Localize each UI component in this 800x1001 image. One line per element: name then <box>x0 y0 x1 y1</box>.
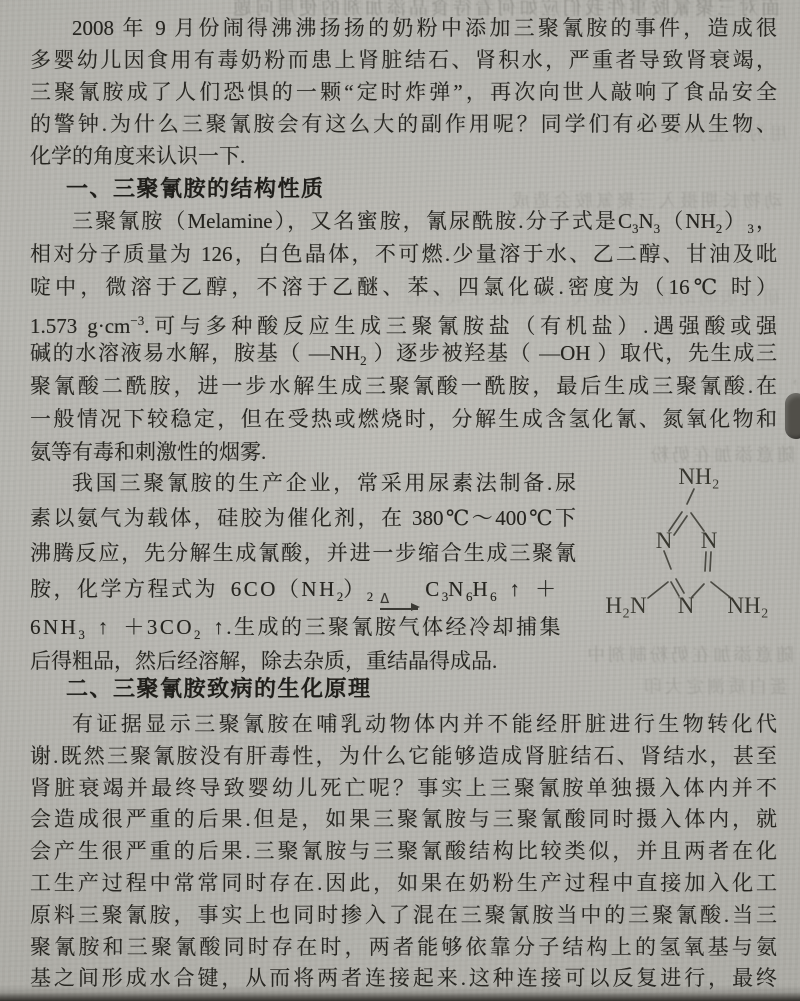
scanner-edge-artifact <box>785 393 800 439</box>
paragraph-structure-properties: 三聚氰胺（Melamine），又名蜜胺，氰尿酰胺.分子式是C3N3（NH2）3，… <box>30 205 777 469</box>
text-line: 沸腾反应，先分解生成氰酸，并进一步缩合生成三聚氰 <box>30 536 576 571</box>
text-line: 一般情况下较稳定，但在受热或燃烧时，分解生成含氢化氰、氮氧化物和 <box>30 403 777 436</box>
ring-nitrogen-right: N <box>701 528 718 553</box>
text-line: 三聚氰胺（Melamine），又名蜜胺，氰尿酰胺.分子式是C3N3（NH2）3， <box>30 205 777 238</box>
text-line: 聚氰酸二酰胺，进一步水解生成三聚氰酸一酰胺，最后生成三聚氰酸.在 <box>30 370 777 403</box>
amine-label-top: NH₂ <box>678 464 719 489</box>
text-line: 谢.既然三聚氰胺没有肝毒性，为什么它能够造成肾脏结石、肾结水，甚至 <box>30 741 777 773</box>
page-bottom-shadow <box>0 985 800 1001</box>
amine-label-right: NH₂ <box>727 593 768 618</box>
text-line: 碱的水溶液易水解，胺基（ —NH2 ）逐步被羟基（ —OH ）取代，先生成三 <box>30 337 777 370</box>
text-line: 会造成很严重的后果.但是，如果三聚氰胺与三聚氰酸同时摄入体内，就 <box>30 804 777 836</box>
text-line: 啶中，微溶于乙醇，不溶于乙醚、苯、四氯化碳.密度为（16℃ 时） <box>30 271 777 304</box>
ring-nitrogen-left: N <box>656 528 673 553</box>
amine-label-left: H₂N <box>605 593 647 618</box>
scanned-textbook-page: 面对三聚氰胺事件我们应如何看待食品添加剂的使用问题用为者把回收动物长期摄入三聚氰… <box>0 0 800 1001</box>
paragraph-pathology: 有证据显示三聚氰胺在哺乳动物体内并不能经肝脏进行生物转化代谢.既然三聚氰胺没有肝… <box>30 709 777 995</box>
text-line: 相对分子质量为 126，白色晶体，不可燃.少量溶于水、乙二醇、甘油及吡 <box>30 238 777 271</box>
text-line: 的警钟.为什么三聚氰胺会有这么大的副作用呢？同学们有必要从生物、 <box>30 108 777 140</box>
text-line: 三聚氰胺成了人们恐惧的一颗“定时炸弹”，再次向世人敲响了食品安全 <box>30 76 777 108</box>
text-line: 肾脏衰竭并最终导致婴幼儿死亡呢？事实上三聚氰胺单独摄入体内并不 <box>30 773 777 805</box>
text-line: 有证据显示三聚氰胺在哺乳动物体内并不能经肝脏进行生物转化代 <box>30 709 777 741</box>
text-line: 素以氨气为载体，硅胶为催化剂，在 380℃～400℃下 <box>30 501 576 536</box>
reaction-arrow-delta: Δ <box>380 594 418 610</box>
text-line: 会产生很严重的后果.三聚氰胺与三聚氰酸结构比较类似，并且两者在化 <box>30 836 777 868</box>
text-line: 多婴幼儿因食用有毒奶粉而患上肾脏结石、肾积水，严重者导致肾衰竭， <box>30 44 777 76</box>
text-line: 1.573 g·cm−3.可与多种酸反应生成三聚氰胺盐（有机盐）.遇强酸或强 <box>30 304 777 337</box>
melamine-structure-diagram: NH₂ N N N H₂N NH₂ <box>596 452 796 632</box>
ring-nitrogen-bottom: N <box>678 593 695 618</box>
text-line: 原料三聚氰胺，事实上也同时掺入了混在三聚氰胺当中的三聚氰酸.当三 <box>30 900 777 932</box>
heading-pathology: 二、三聚氰胺致病的生化原理 <box>30 672 777 703</box>
paragraph-intro: 2008 年 9 月份闹得沸沸扬扬的奶粉中添加三聚氰胺的事件，造成很多婴幼儿因食… <box>30 12 777 172</box>
heading-structure-properties: 一、三聚氰胺的结构性质 <box>30 172 777 203</box>
paragraph-production-narrow: 我国三聚氰胺的生产企业，常采用尿素法制备.尿素以氨气为载体，硅胶为催化剂，在 3… <box>30 466 576 571</box>
text-line: 化学的角度来认识一下. <box>30 140 777 172</box>
text-line: 2008 年 9 月份闹得沸沸扬扬的奶粉中添加三聚氰胺的事件，造成很 <box>30 12 777 44</box>
text-line: 聚氰胺和三聚氰酸同时存在时，两者能够依靠分子结构上的氢氧基与氨 <box>30 932 777 964</box>
text-line: 我国三聚氰胺的生产企业，常采用尿素法制备.尿 <box>30 466 576 501</box>
text-line: 工生产过程中常常同时存在.因此，如果在奶粉生产过程中直接加入化工 <box>30 868 777 900</box>
